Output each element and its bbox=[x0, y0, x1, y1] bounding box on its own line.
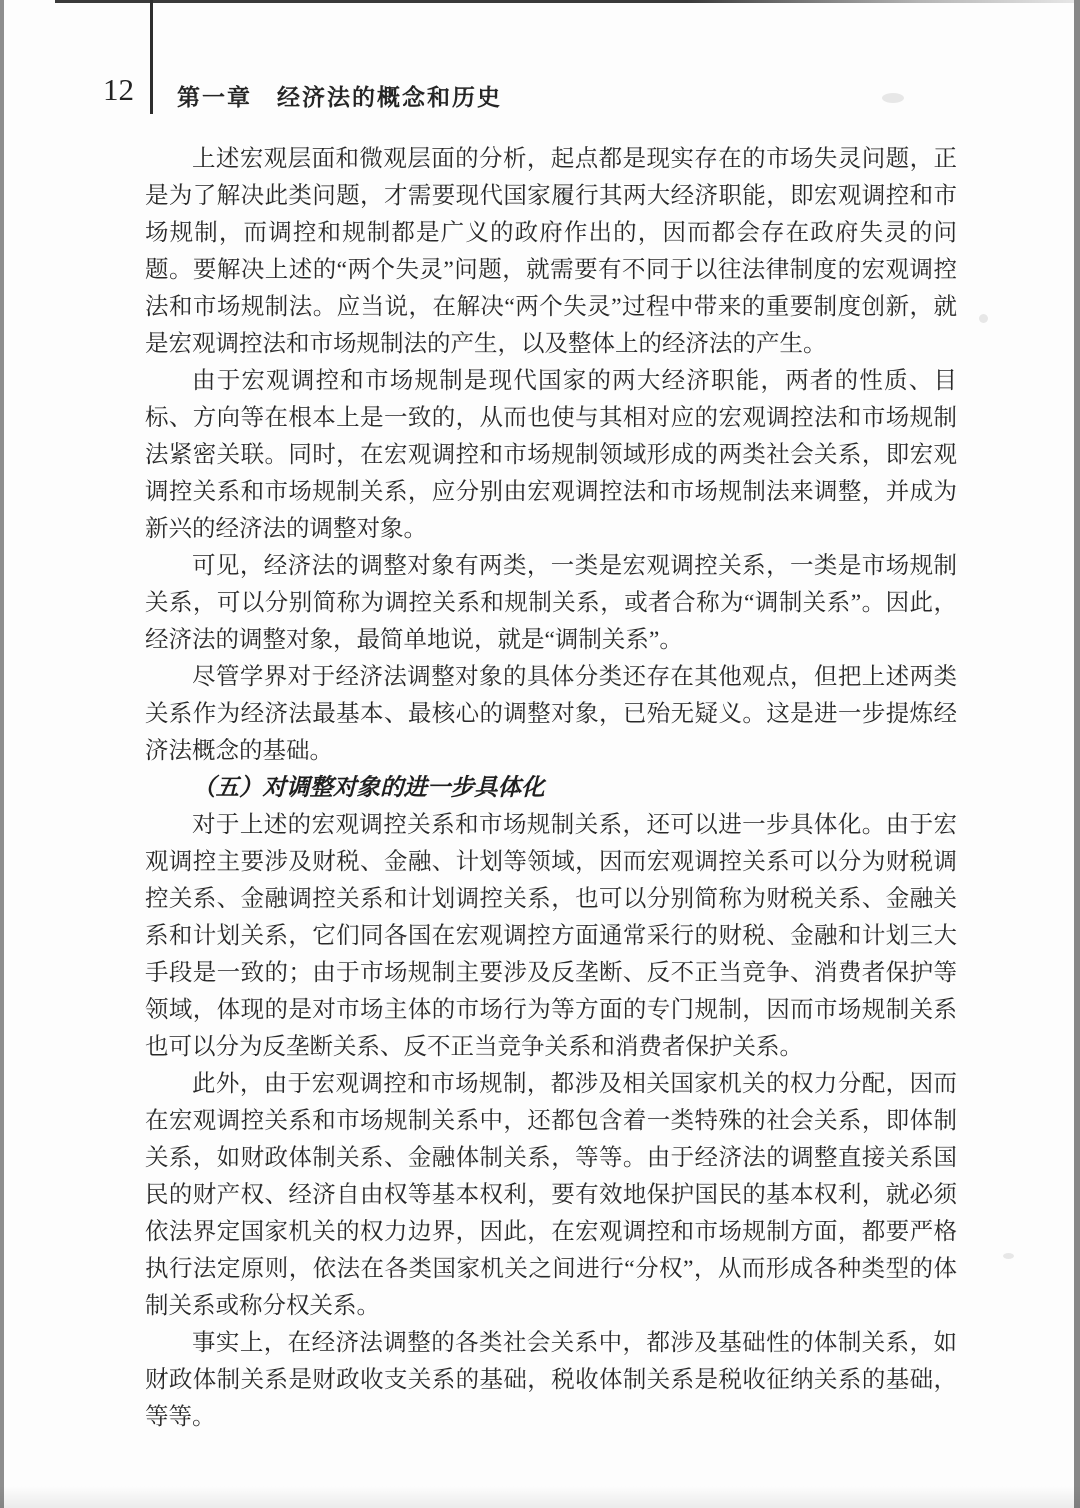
scan-edge-bottom-shade bbox=[0, 1486, 1080, 1508]
paragraph: 事实上，在经济法调整的各类社会关系中，都涉及基础性的体制关系，如财政体制关系是财… bbox=[145, 1325, 957, 1436]
scan-edge-right bbox=[1074, 0, 1080, 1508]
chapter-header: 第一章 经济法的概念和历史 bbox=[177, 79, 502, 112]
page-number: 12 bbox=[103, 72, 145, 108]
header-divider bbox=[150, 0, 153, 114]
scan-edge-left bbox=[0, 0, 4, 1508]
scan-edge-top bbox=[55, 0, 1074, 3]
book-page: 12 第一章 经济法的概念和历史 上述宏观层面和微观层面的分析，起点都是现实存在… bbox=[0, 0, 1080, 1508]
paragraph: 此外，由于宏观调控和市场规制，都涉及相关国家机关的权力分配，因而在宏观调控关系和… bbox=[145, 1066, 957, 1325]
scan-artifact bbox=[1003, 1253, 1014, 1259]
scan-artifact bbox=[882, 93, 904, 103]
section-heading: （五）对调整对象的进一步具体化 bbox=[145, 770, 957, 807]
paragraph: 可见，经济法的调整对象有两类，一类是宏观调控关系，一类是市场规制关系，可以分别简… bbox=[145, 548, 957, 659]
paragraph: 由于宏观调控和市场规制是现代国家的两大经济职能，两者的性质、目标、方向等在根本上… bbox=[145, 363, 957, 548]
paragraph: 上述宏观层面和微观层面的分析，起点都是现实存在的市场失灵问题，正是为了解决此类问… bbox=[145, 141, 957, 363]
paragraph: 尽管学界对于经济法调整对象的具体分类还存在其他观点，但把上述两类关系作为经济法最… bbox=[145, 659, 957, 770]
scan-artifact bbox=[979, 314, 988, 323]
page-body: 上述宏观层面和微观层面的分析，起点都是现实存在的市场失灵问题，正是为了解决此类问… bbox=[145, 141, 957, 1436]
paragraph: 对于上述的宏观调控关系和市场规制关系，还可以进一步具体化。由于宏观调控主要涉及财… bbox=[145, 807, 957, 1066]
